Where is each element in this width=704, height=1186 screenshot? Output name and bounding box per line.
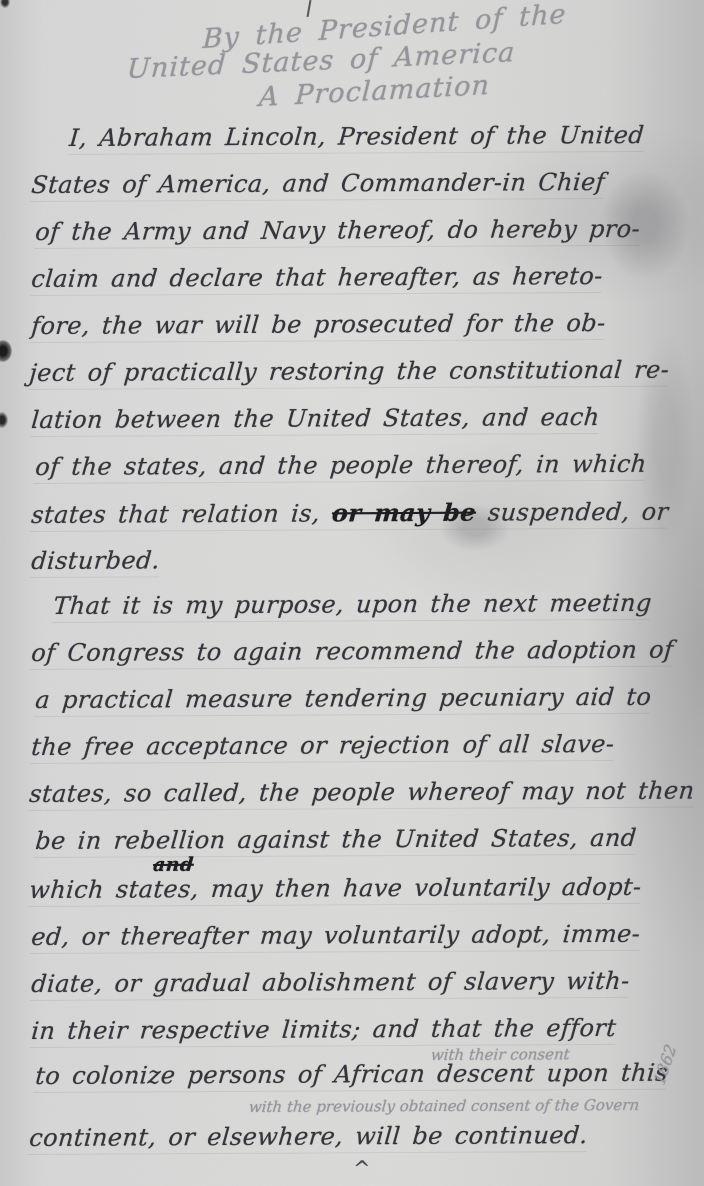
corner-speck (0, 0, 10, 8)
manuscript-line: fore, the war will be prosecuted for the… (30, 309, 607, 343)
manuscript-line: States of America, and Commander-in Chie… (30, 168, 606, 202)
manuscript-line: in their respective limits; and that the… (30, 1014, 618, 1048)
manuscript-line: the free acceptance or rejection of all … (30, 730, 616, 764)
manuscript-line: continent, or elsewhere, will be continu… (28, 1121, 589, 1155)
edge-tear-mark (0, 412, 8, 428)
edge-tear-mark (0, 340, 12, 362)
stray-pen-mark (307, 0, 312, 17)
manuscript-page: By the President of the United States of… (0, 0, 704, 1186)
manuscript-line: diate, or gradual abolishment of slavery… (30, 967, 631, 1001)
manuscript-line: states that relation is, or may be suspe… (30, 497, 670, 532)
pencil-insertion: with the previously obtained consent of … (248, 1096, 640, 1118)
manuscript-line: of the Army and Navy thereof, do hereby … (34, 215, 641, 249)
manuscript-line: a practical measure tendering pecuniary … (34, 683, 653, 717)
line-segment: suspended, or (475, 498, 670, 527)
manuscript-line: states, so called, the people whereof ma… (28, 777, 696, 811)
manuscript-line: I, Abraham Lincoln, President of the Uni… (68, 121, 645, 155)
manuscript-line: of the states, and the people thereof, i… (34, 450, 648, 484)
insertion-caret: ^ (352, 1156, 371, 1182)
struck-text: or may be (331, 498, 477, 528)
manuscript-line: of Congress to again recommend the adopt… (30, 636, 675, 670)
line-segment: states that relation is, (30, 499, 333, 529)
manuscript-line: claim and declare that hereafter, as her… (30, 262, 604, 296)
manuscript-line: ject of practically restoring the consti… (28, 356, 670, 390)
manuscript-line: ed, or thereafter may voluntarily adopt,… (30, 920, 641, 954)
manuscript-line: That it is my purpose, upon the next mee… (52, 589, 653, 623)
manuscript-line: be in rebellion against the United State… (34, 824, 638, 858)
manuscript-line: disturbed. (30, 546, 161, 578)
margin-note: 1862 (650, 1041, 682, 1088)
manuscript-line: which states, may then have voluntarily … (28, 873, 643, 907)
manuscript-line: to colonize persons of African descent u… (34, 1059, 669, 1093)
manuscript-line: lation between the United States, and ea… (30, 403, 601, 437)
